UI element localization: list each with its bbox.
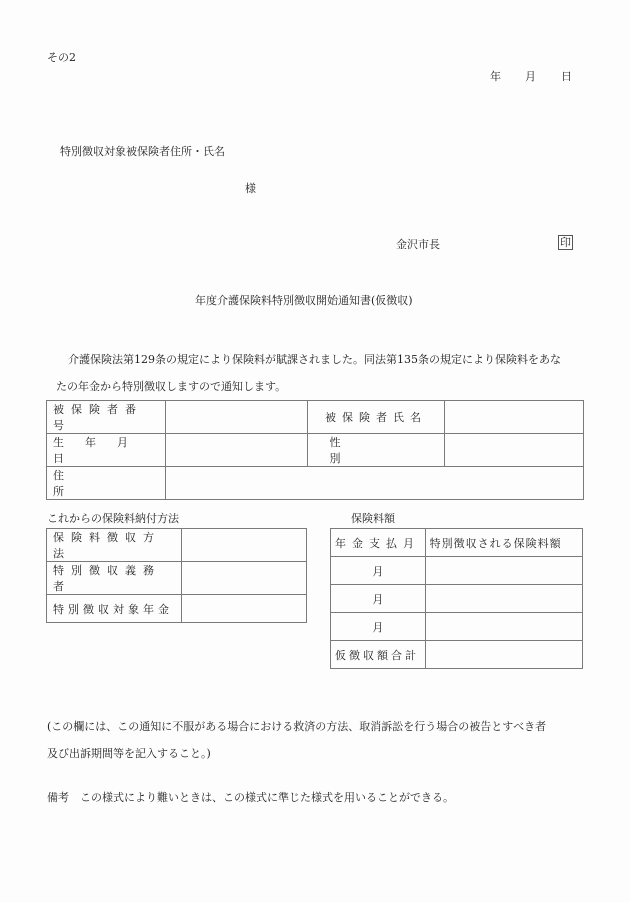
payment-method-heading: これからの保険料納付方法 xyxy=(47,510,179,526)
gender-label: 性別 xyxy=(330,436,405,465)
table-row: 月 xyxy=(331,613,583,641)
insured-name-label: 被保険者氏名 xyxy=(325,411,427,424)
table-row: 年金支払月 特別徴収される保険料額 xyxy=(331,529,583,557)
date-year: 年 xyxy=(490,68,501,84)
month-label: 月 xyxy=(372,593,383,606)
table-row: 仮徴収額合計 xyxy=(331,641,583,669)
pension-month-header: 年金支払月 xyxy=(335,537,420,550)
month-label: 月 xyxy=(372,565,383,578)
collector-field[interactable] xyxy=(181,562,306,595)
body-line-2: たの年金から特別徴収しますので通知します。 xyxy=(56,378,286,394)
document-title: 年度介護保険料特別徴収開始通知書(仮徴収) xyxy=(195,292,413,308)
date-month: 月 xyxy=(525,68,536,84)
remark: 備考 この様式により難いときは、この様式に準じた様式を用いることができる。 xyxy=(47,789,454,805)
honorific: 様 xyxy=(245,180,256,196)
remedy-note-line-2: 及び出訴期間等を記入すること。) xyxy=(47,745,211,761)
form-number: その2 xyxy=(47,49,76,65)
amount-field[interactable] xyxy=(425,585,582,613)
birthdate-field[interactable] xyxy=(165,434,307,467)
amount-field[interactable] xyxy=(425,557,582,585)
collector-label: 特別徴収義務者 xyxy=(53,564,161,593)
table-row: 住所 xyxy=(47,467,584,500)
collection-method-field[interactable] xyxy=(181,529,306,562)
insured-name-field[interactable] xyxy=(445,401,584,434)
table-row: 特別徴収義務者 xyxy=(47,562,307,595)
seal-mark: 印 xyxy=(558,235,573,250)
premium-table: 年金支払月 特別徴収される保険料額 月 月 月 仮徴収額合計 xyxy=(330,528,583,669)
remedy-note-line-1: (この欄には、この通知に不服がある場合における救済の方法、取消訴訟を行う場合の被… xyxy=(47,718,546,734)
amount-field[interactable] xyxy=(425,613,582,641)
table-row: 月 xyxy=(331,557,583,585)
month-label: 月 xyxy=(372,621,383,634)
target-pension-field[interactable] xyxy=(181,595,306,623)
insured-info-table: 被保険者番号 被保険者氏名 生年月日 性別 住所 xyxy=(46,400,584,500)
payment-method-table: 保険料徴収方法 特別徴収義務者 特別徴収対象年金 xyxy=(46,528,307,623)
insured-number-field[interactable] xyxy=(165,401,307,434)
table-row: 特別徴収対象年金 xyxy=(47,595,307,623)
premium-heading: 保険料額 xyxy=(351,510,395,526)
gender-field[interactable] xyxy=(445,434,584,467)
table-row: 保険料徴収方法 xyxy=(47,529,307,562)
body-line-1: 介護保険法第129条の規定により保険料が賦課されました。同法第135条の規定によ… xyxy=(68,351,561,367)
target-pension-label: 特別徴収対象年金 xyxy=(53,603,173,616)
table-row: 月 xyxy=(331,585,583,613)
table-row: 被保険者番号 被保険者氏名 xyxy=(47,401,584,434)
birthdate-label: 生年月日 xyxy=(53,436,149,465)
table-row: 生年月日 性別 xyxy=(47,434,584,467)
collection-method-label: 保険料徴収方法 xyxy=(53,531,161,560)
address-field[interactable] xyxy=(165,467,583,500)
address-label: 住所 xyxy=(53,469,148,498)
date-day: 日 xyxy=(561,68,572,84)
premium-amount-header: 特別徴収される保険料額 xyxy=(430,537,562,550)
insured-number-label: 被保険者番号 xyxy=(53,401,159,433)
provisional-total-field[interactable] xyxy=(425,641,582,669)
issuer-name: 金沢市長 xyxy=(396,236,440,252)
provisional-total-label: 仮徴収額合計 xyxy=(335,649,419,662)
recipient-label: 特別徴収対象被保険者住所・氏名 xyxy=(60,143,225,159)
